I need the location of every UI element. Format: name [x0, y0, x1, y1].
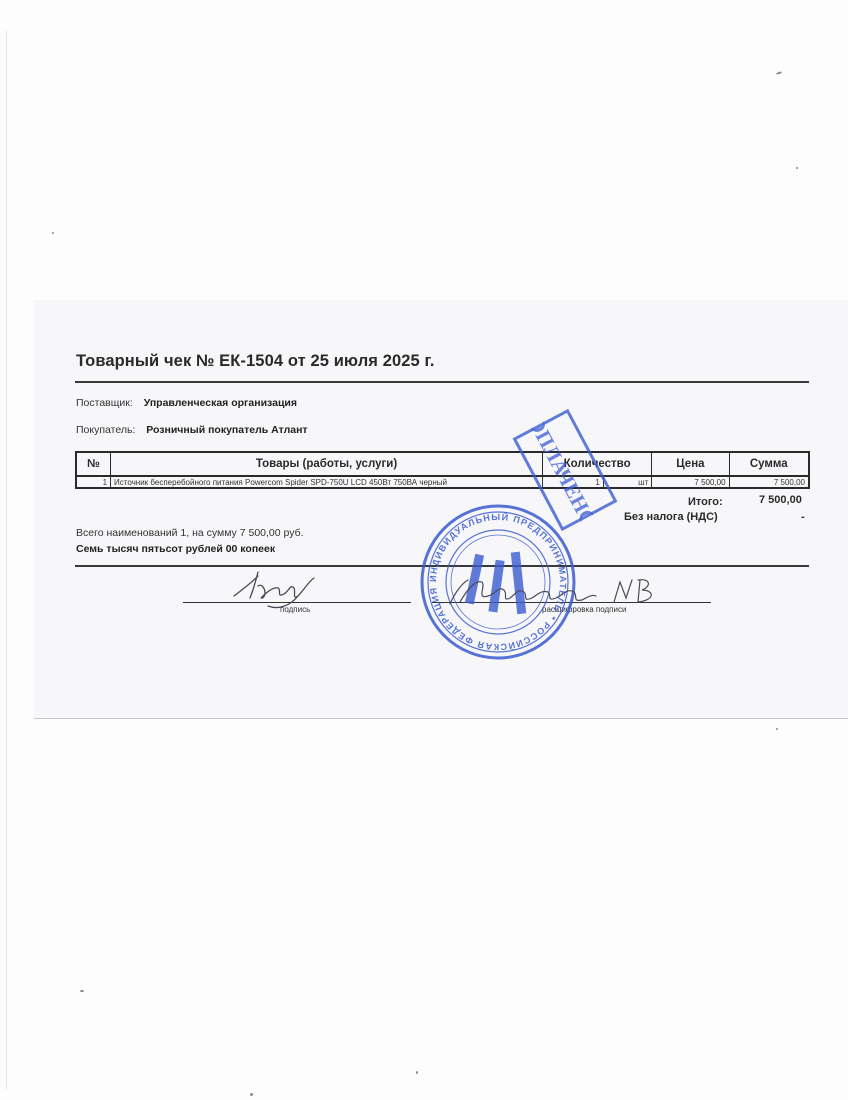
table-row: 1 Источник бесперебойного питания Powerc…: [76, 476, 809, 488]
scan-speck: [776, 71, 782, 75]
handwritten-name-decode: [446, 576, 666, 610]
scan-speck: [250, 1093, 253, 1096]
scan-speck: [80, 990, 84, 992]
document-title: Товарный чек № ЕК-1504 от 25 июля 2025 г…: [76, 352, 435, 371]
header-price: Цена: [652, 452, 729, 476]
tax-label: Без налога (НДС): [624, 511, 718, 523]
total-value: 7 500,00: [759, 494, 802, 506]
handwritten-signature: [228, 566, 320, 610]
header-sum: Сумма: [729, 452, 809, 476]
scan-speck: [796, 167, 798, 169]
buyer-label: Покупатель:: [76, 424, 135, 436]
amount-in-words: Семь тысяч пятьсот рублей 00 копеек: [76, 543, 275, 555]
scan-speck: [776, 728, 778, 730]
items-table: № Товары (работы, услуги) Количество Цен…: [75, 451, 810, 489]
row-name: Источник бесперебойного питания Powercom…: [111, 476, 543, 488]
row-price: 7 500,00: [652, 476, 729, 488]
title-divider: [75, 381, 809, 383]
supplier-label: Поставщик:: [76, 397, 133, 409]
header-num: №: [76, 452, 111, 476]
row-sum: 7 500,00: [729, 476, 809, 488]
items-count-summary: Всего наименований 1, на сумму 7 500,00 …: [76, 527, 304, 539]
total-label: Итого:: [688, 496, 723, 508]
row-unit: шт: [603, 476, 651, 488]
table-header-row: № Товары (работы, услуги) Количество Цен…: [76, 452, 809, 476]
scan-speck: [416, 1071, 418, 1074]
row-num: 1: [76, 476, 111, 488]
supplier-value: Управленческая организация: [144, 397, 297, 409]
scan-speck: [52, 232, 54, 234]
buyer-value: Розничный покупатель Атлант: [146, 424, 307, 436]
header-name: Товары (работы, услуги): [111, 452, 543, 476]
buyer-row: Покупатель: Розничный покупатель Атлант: [76, 424, 308, 436]
supplier-row: Поставщик: Управленческая организация: [76, 397, 297, 409]
scan-edge: [6, 30, 7, 1090]
tax-value: -: [801, 511, 805, 523]
